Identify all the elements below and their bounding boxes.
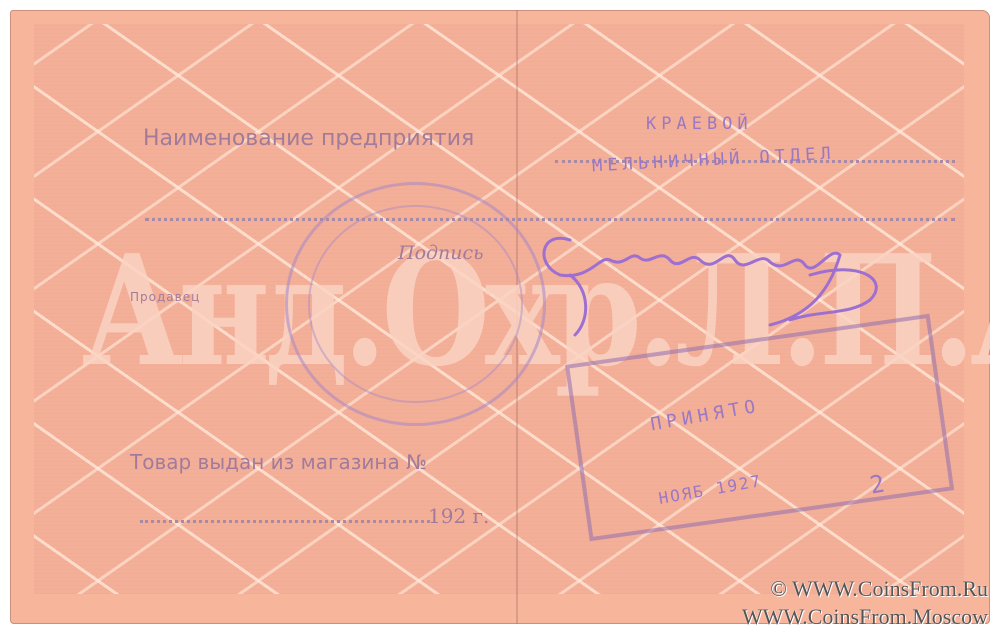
watermark-line-2: WWW.CoinsFrom.Moscow (742, 604, 988, 630)
date-dotted-line (140, 520, 430, 523)
goods-issued-label: Товар выдан из магазина № (130, 450, 427, 474)
year-label: 192 г. (428, 504, 489, 528)
banknote: Анд.Охр.Л.П.А.Ч. Наименование предприяти… (10, 10, 990, 624)
watermark-line-1: © WWW.CoinsFrom.Ru (770, 576, 988, 602)
seller-label: Продавец (130, 290, 200, 304)
stamp-line-kraevoi: КРАЕВОЙ (646, 114, 753, 134)
signature-label: Подпись (398, 242, 484, 264)
enterprise-label: Наименование предприятия (143, 126, 474, 151)
